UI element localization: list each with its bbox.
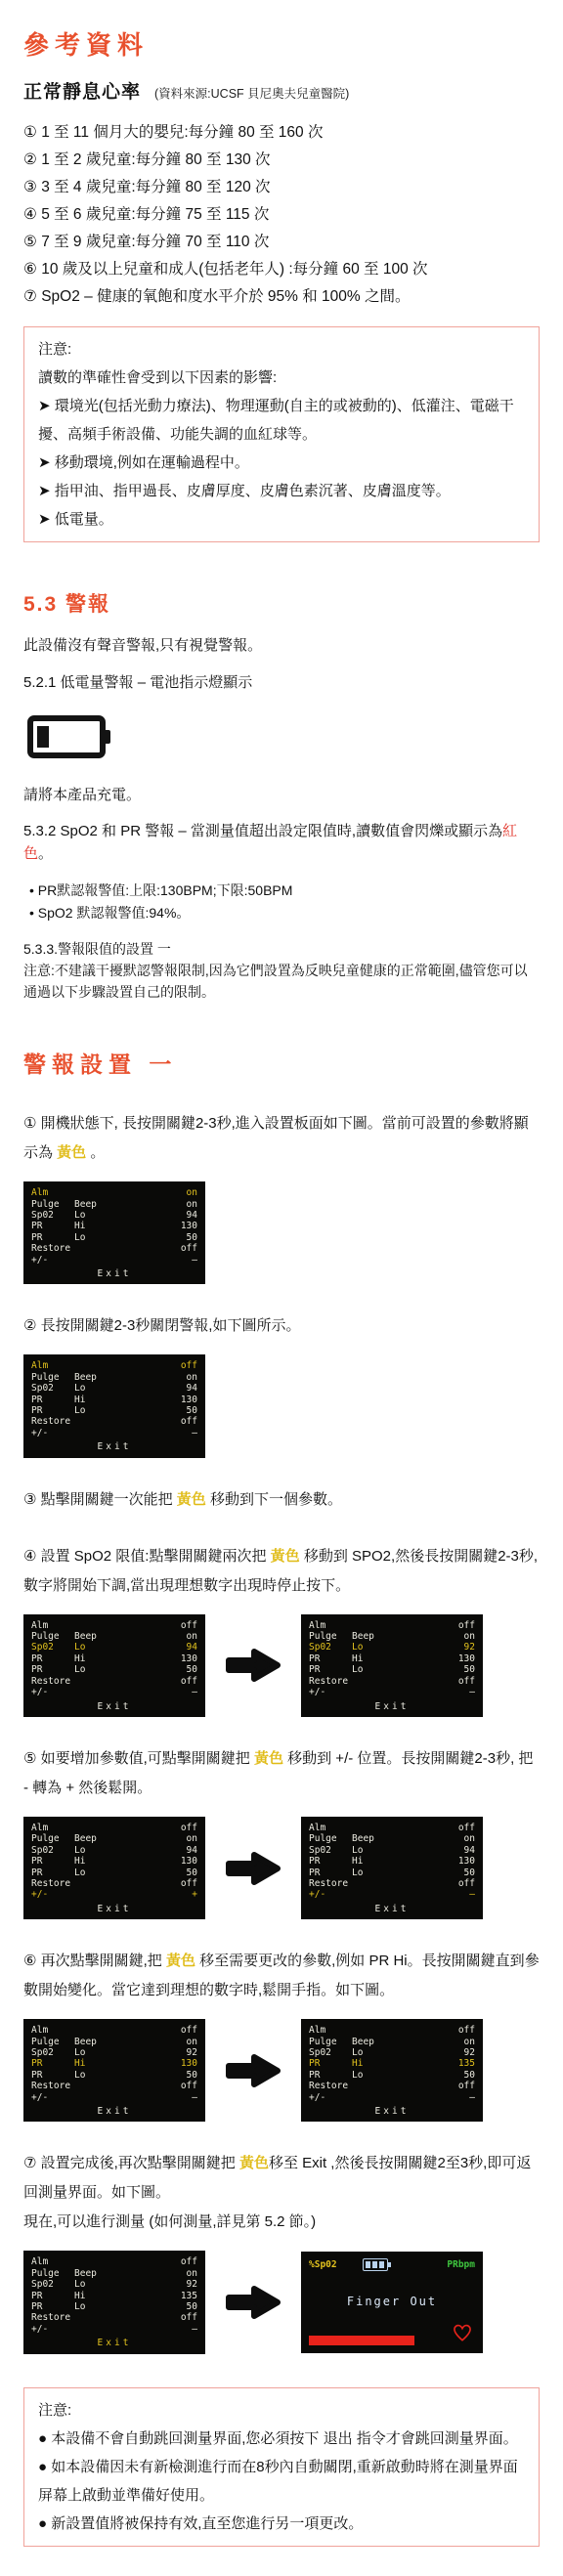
arrow-right-icon	[225, 1847, 281, 1890]
screen-row-value: 92	[187, 2279, 197, 2290]
screen-exit-label: Exit	[31, 1701, 197, 1712]
screen-row: Almoff	[31, 1360, 197, 1371]
battery-charge-cell	[37, 726, 49, 748]
screen-row-value: off	[181, 1360, 197, 1371]
screen-exit-label: Exit	[31, 1441, 197, 1452]
screen-row-value: off	[181, 2256, 197, 2267]
screen-row-sublabel	[74, 1687, 192, 1697]
screen-row-value: off	[181, 2025, 197, 2036]
heart-rate-item: ③ 3 至 4 歲兒童:每分鐘 80 至 120 次	[23, 174, 540, 201]
screen-row: PulgeBeepon	[309, 1833, 475, 1844]
screen-row-value: 130	[181, 1653, 197, 1664]
screen-row-sublabel	[352, 2092, 469, 2103]
step-text-segment: ⑤ 如要增加參數值,可點擊開關鍵把	[23, 1750, 254, 1767]
screen-row-label: Sp02	[31, 2047, 74, 2058]
screen-row-label: PR	[31, 1653, 74, 1664]
screen-row-value: on	[187, 2268, 197, 2279]
p3-pre: 5.3.2 SpO2 和 PR 警報 – 當測量值超出設定限值時,讀數值會閃爍或…	[23, 823, 502, 839]
screen-row-value: —	[469, 1889, 475, 1900]
screen-row-sublabel	[74, 1416, 181, 1427]
screen-row: Restoreoff	[31, 1416, 197, 1427]
screen-row-label: PR	[31, 1221, 74, 1231]
step-text-segment: 黃色	[166, 1953, 195, 1969]
arrow-right-icon	[225, 2281, 281, 2324]
screen-row: PRHi130	[31, 1221, 197, 1231]
page-title: 參考資料	[23, 25, 540, 64]
screen-row: Restoreoff	[31, 1878, 197, 1889]
screen-row-value: off	[181, 1243, 197, 1254]
screen-row-sublabel	[74, 2092, 192, 2103]
note-item: ➤ 環境光(包括光動力療法)、物理運動(自主的或被動的)、低灌注、電磁干擾、高頻…	[38, 392, 525, 449]
screen-row-sublabel: Lo	[352, 1664, 464, 1675]
screen-row: PRLo50	[31, 2301, 197, 2312]
screen-row-label: +/-	[31, 1889, 74, 1900]
screen-row-value: —	[469, 1687, 475, 1697]
screen-row: PRLo50	[31, 1664, 197, 1675]
screen-row-label: Alm	[31, 1187, 74, 1198]
screen-row: Almoff	[31, 1620, 197, 1631]
screen-row-sublabel: Lo	[74, 2301, 187, 2312]
screen-row-value: off	[181, 1416, 197, 1427]
screen-row-value: 130	[458, 1653, 475, 1664]
screen-row-sublabel: Beep	[352, 1833, 464, 1844]
battery-low-icon	[27, 715, 106, 758]
screen-row-sublabel: Beep	[352, 1631, 464, 1642]
screen-row-label: PR	[31, 2058, 74, 2069]
screen-row-label: PR	[309, 1868, 352, 1878]
screen-row-sublabel: Hi	[352, 1653, 458, 1664]
section-5-3-heading: 5.3 警報	[23, 589, 540, 622]
screen-row: +/-—	[309, 1889, 475, 1900]
screen-exit-label: Exit	[309, 2106, 475, 2117]
screen-exit-label: Exit	[31, 1268, 197, 1279]
screen-row-sublabel: Lo	[352, 2047, 464, 2058]
screen-row-sublabel	[352, 1889, 469, 1900]
screen-row-label: Restore	[31, 2081, 74, 2091]
note-items: ➤ 環境光(包括光動力療法)、物理運動(自主的或被動的)、低灌注、電磁干擾、高頻…	[38, 392, 525, 534]
measurement-screen-header: %Sp02 PRbpm	[309, 2258, 475, 2271]
step-text-segment: 黃色	[239, 2155, 269, 2171]
screen-row: PRHi130	[31, 1856, 197, 1867]
screen-row-label: Pulge	[309, 1631, 352, 1642]
screen-row-label: Restore	[31, 1878, 74, 1889]
screen-row: PRHi130	[309, 1856, 475, 1867]
note2-title: 注意:	[38, 2396, 525, 2425]
alarm-setup-heading: 警報設置 一	[23, 1048, 540, 1083]
screen-row-sublabel	[74, 2324, 192, 2335]
screen-row: Restoreoff	[31, 1676, 197, 1687]
screen-row: Sp02Lo92	[309, 2047, 475, 2058]
screen-row-label: +/-	[309, 1889, 352, 1900]
screen-row-value: 92	[464, 1642, 475, 1653]
step-text-segment: 黃色	[177, 1491, 206, 1508]
screen-row: PulgeBeepon	[31, 2268, 197, 2279]
screen-row: PRLo50	[31, 2070, 197, 2081]
screen-row-label: +/-	[309, 2092, 352, 2103]
screen-row-sublabel: Lo	[352, 1642, 464, 1653]
section-5-3-p1: 此設備沒有聲音警報,只有視覺警報。	[23, 634, 540, 657]
default-alarm-item: • SpO2 默認報警值:94%。	[29, 902, 540, 924]
step-3-text: ③ 點擊開關鍵一次能把 黃色 移動到下一個參數。	[23, 1485, 540, 1515]
device-screen-step6-before: AlmoffPulgeBeeponSp02Lo92PRHi130PRLo50Re…	[23, 2019, 205, 2122]
screen-row-sublabel: Lo	[74, 1868, 187, 1878]
screen-row-value: off	[181, 1823, 197, 1833]
screen-row-label: PR	[31, 1856, 74, 1867]
screen-row-value: 92	[187, 2047, 197, 2058]
screen-row-label: Sp02	[309, 1845, 352, 1856]
screen-row-sublabel	[74, 2025, 181, 2036]
screen-row-sublabel	[74, 1620, 181, 1631]
default-alarm-item: • PR默認報警值:上限:130BPM;下限:50BPM	[29, 880, 540, 902]
step-text-segment: ④ 設置 SpO2 限值:點擊開關鍵兩次把	[23, 1548, 271, 1565]
screen-row-sublabel: Lo	[74, 2279, 187, 2290]
heart-rate-item: ⑦ SpO2 – 健康的氧飽和度水平介於 95% 和 100% 之間。	[23, 283, 540, 311]
note2-item: ● 本設備不會自動跳回測量界面,您必須按下 退出 指令才會跳回測量界面。	[38, 2425, 525, 2453]
screen-row-sublabel: Lo	[74, 1642, 187, 1653]
screen-row-label: Pulge	[31, 2268, 74, 2279]
screen-row-label: Restore	[31, 1416, 74, 1427]
screen-row: +/-—	[31, 1687, 197, 1697]
screen-row-sublabel: Lo	[74, 2070, 187, 2081]
screen-row-sublabel	[352, 2081, 458, 2091]
screen-row: PulgeBeepon	[31, 1833, 197, 1844]
screen-row-sublabel	[74, 1878, 181, 1889]
screen-exit-label: Exit	[31, 1904, 197, 1914]
screen-pair-step7: AlmoffPulgeBeeponSp02Lo92PRHi135PRLo50Re…	[23, 2251, 483, 2353]
section-5-3-3: 5.3.3.警報限值的設置 一 注意:不建議干擾默認警報限制,因為它們設置為反映…	[23, 938, 540, 1003]
screen-row: +/-—	[309, 1687, 475, 1697]
screen-row: Sp02Lo94	[31, 1383, 197, 1394]
default-alarm-values: • PR默認報警值:上限:130BPM;下限:50BPM• SpO2 默認報警值…	[29, 880, 540, 924]
screen-row-value: off	[181, 1620, 197, 1631]
screen-row-value: —	[192, 1255, 197, 1266]
screen-row-sublabel: Lo	[352, 1868, 464, 1878]
screen-row-sublabel: Hi	[74, 2058, 181, 2069]
screen-row-label: Sp02	[31, 1383, 74, 1394]
screen-row-value: 130	[181, 1395, 197, 1405]
screen-row-sublabel	[74, 2312, 181, 2323]
battery-caption: 請將本產品充電。	[23, 784, 540, 806]
screen-row-sublabel: Lo	[352, 1845, 464, 1856]
step-text-segment: ② 長按開關鍵2-3秒關閉警報,如下圖所示。	[23, 1317, 300, 1334]
step-2-text: ② 長按開關鍵2-3秒關閉警報,如下圖所示。	[23, 1311, 540, 1341]
screen-row: Almoff	[31, 2025, 197, 2036]
step-text-segment: ③ 點擊開關鍵一次能把	[23, 1491, 177, 1508]
screen-row-label: PR	[31, 1868, 74, 1878]
screen-row-sublabel: Beep	[74, 2268, 187, 2279]
screen-row: +/-—	[31, 1255, 197, 1266]
screen-pair-step5: AlmoffPulgeBeeponSp02Lo94PRHi130PRLo50Re…	[23, 1817, 483, 1919]
note-box-accuracy: 注意: 讀數的準確性會受到以下因素的影響: ➤ 環境光(包括光動力療法)、物理運…	[23, 326, 540, 542]
screen-row-value: 135	[181, 2291, 197, 2301]
note2-item: ● 如本設備因未有新檢測進行而在8秒內自動關閉,重新啟動時將在測量界面屏幕上啟動…	[38, 2453, 525, 2510]
screen-row-sublabel: Beep	[74, 2037, 187, 2047]
device-screen-step5-after: AlmoffPulgeBeeponSp02Lo94PRHi130PRLo50Re…	[301, 1817, 483, 1919]
screen-row: PRLo50	[31, 1868, 197, 1878]
screen-row-label: Sp02	[31, 1845, 74, 1856]
battery-level-icon	[363, 2258, 388, 2271]
device-screen-step6-after: AlmoffPulgeBeeponSp02Lo92PRHi135PRLo50Re…	[301, 2019, 483, 2122]
step-5-text: ⑤ 如要增加參數值,可點擊開關鍵把 黃色 移動到 +/- 位置。長按開關鍵2-3…	[23, 1744, 540, 1803]
screen-row: PRHi130	[31, 2058, 197, 2069]
section-5-3-2-line: 5.3.2 SpO2 和 PR 警報 – 當測量值超出設定限值時,讀數值會閃爍或…	[23, 820, 540, 866]
heart-rate-list: ① 1 至 11 個月大的嬰兒:每分鐘 80 至 160 次② 1 至 2 歲兒…	[23, 119, 540, 311]
measurement-screen: %Sp02 PRbpm Finger Out	[301, 2252, 483, 2353]
screen-row: PRLo50	[309, 1868, 475, 1878]
screen-row-label: Restore	[309, 1676, 352, 1687]
screen-row-sublabel	[352, 1878, 458, 1889]
screen-row-value: 130	[181, 1221, 197, 1231]
screen-row-sublabel: Beep	[74, 1833, 187, 1844]
note-title: 注意:	[38, 335, 525, 364]
screen-row-sublabel: Hi	[74, 1653, 181, 1664]
screen-row-label: Alm	[309, 1620, 352, 1631]
screen-row-value: 50	[464, 2070, 475, 2081]
screen-row-label: Pulge	[309, 2037, 352, 2047]
screen-row-value: 94	[187, 1383, 197, 1394]
screen-row-label: Sp02	[31, 1210, 74, 1221]
screen-row: PulgeBeepon	[31, 1631, 197, 1642]
screen-row-sublabel: Hi	[74, 1395, 181, 1405]
screen-row: PRHi130	[31, 1653, 197, 1664]
step-text-segment: 黃色	[254, 1750, 283, 1767]
screen-row-sublabel	[74, 1243, 181, 1254]
screen-row-value: +	[192, 1889, 197, 1900]
screen-row-value: off	[458, 1620, 475, 1631]
screen-row-sublabel: Lo	[74, 1845, 187, 1856]
screen-row-value: off	[458, 2025, 475, 2036]
screen-row-sublabel	[74, 1823, 181, 1833]
screen-row-label: Pulge	[309, 1833, 352, 1844]
screen-row-sublabel	[352, 1823, 458, 1833]
screen-row-sublabel	[74, 1889, 192, 1900]
screen-row-label: Alm	[31, 1360, 74, 1371]
screen-exit-label: Exit	[31, 2338, 197, 2348]
screen-row-value: 50	[187, 2070, 197, 2081]
screen-row-value: —	[469, 2092, 475, 2103]
screen-row: PulgeBeepon	[31, 1372, 197, 1383]
screen-row-value: off	[181, 1676, 197, 1687]
screen-row: PRHi135	[31, 2291, 197, 2301]
screen-row-label: Sp02	[31, 1642, 74, 1653]
screen-row-value: 130	[458, 1856, 475, 1867]
device-screen-step4-after: AlmoffPulgeBeeponSp02Lo92PRHi130PRLo50Re…	[301, 1614, 483, 1717]
step-text-segment: 移動到下一個參數。	[206, 1491, 342, 1508]
screen-row-label: PR	[309, 1653, 352, 1664]
screen-row-sublabel: Hi	[352, 2058, 458, 2069]
screen-row-value: off	[458, 1823, 475, 1833]
device-screen-step5-before: AlmoffPulgeBeeponSp02Lo94PRHi130PRLo50Re…	[23, 1817, 205, 1919]
screen-row-value: 50	[464, 1868, 475, 1878]
note2-items: ● 本設備不會自動跳回測量界面,您必須按下 退出 指令才會跳回測量界面。● 如本…	[38, 2425, 525, 2538]
screen-row-sublabel: Lo	[352, 2070, 464, 2081]
screen-row: Sp02Lo94	[31, 1845, 197, 1856]
screen-row-value: 130	[181, 1856, 197, 1867]
screen-row-sublabel	[352, 1687, 469, 1697]
screen-row-label: Alm	[309, 1823, 352, 1833]
screen-row: PRHi130	[31, 1395, 197, 1405]
screen-row-sublabel: Lo	[74, 1664, 187, 1675]
screen-pair-step6: AlmoffPulgeBeeponSp02Lo92PRHi130PRLo50Re…	[23, 2019, 483, 2122]
screen-row-value: on	[187, 1199, 197, 1210]
screen-row-label: PR	[31, 2291, 74, 2301]
screen-row-sublabel: Lo	[74, 1232, 187, 1243]
screen-row: +/-+	[31, 1889, 197, 1900]
subtitle-row: 正常靜息心率 (資料來源:UCSF 貝尼奧夫兒童醫院)	[23, 78, 540, 107]
screen-row-sublabel: Beep	[74, 1372, 187, 1383]
screen-row: PRHi130	[309, 1653, 475, 1664]
screen-row: PulgeBeepon	[31, 1199, 197, 1210]
screen-row: Restoreoff	[31, 2312, 197, 2323]
screen-row-label: PR	[31, 2301, 74, 2312]
screen-row-label: +/-	[309, 1687, 352, 1697]
screen-row-sublabel: Hi	[74, 1221, 181, 1231]
note-item: ➤ 指甲油、指甲過長、皮膚厚度、皮膚色素沉著、皮膚溫度等。	[38, 477, 525, 505]
screen-row-sublabel	[74, 1428, 192, 1438]
step-text-segment: ⑥ 再次點擊開關鍵,把	[23, 1953, 166, 1969]
screen-row: Restoreoff	[309, 2081, 475, 2091]
p3-post: 。	[38, 845, 53, 862]
step-6-text: ⑥ 再次點擊開關鍵,把 黃色 移至需要更改的參數,例如 PR Hi。長按開關鍵直…	[23, 1947, 540, 2005]
screen-row-value: 94	[187, 1210, 197, 1221]
subtitle-source-note: (資料來源:UCSF 貝尼奧夫兒童醫院)	[154, 85, 349, 104]
device-screen-step7-settings: AlmoffPulgeBeeponSp02Lo92PRHi135PRLo50Re…	[23, 2251, 205, 2353]
screen-row-label: Pulge	[31, 1199, 74, 1210]
screen-exit-label: Exit	[31, 2106, 197, 2117]
screen-row-value: 50	[187, 1664, 197, 1675]
screen-row-label: PR	[31, 1405, 74, 1416]
screen-row-value: 94	[464, 1845, 475, 1856]
screen-row-value: —	[192, 1687, 197, 1697]
screen-row: +/-—	[31, 1428, 197, 1438]
screen-row-value: 50	[187, 1868, 197, 1878]
heart-icon	[452, 2323, 473, 2345]
arrow-right-icon	[225, 1644, 281, 1687]
screen-row-sublabel: Beep	[74, 1199, 187, 1210]
screen-row-value: 50	[187, 2301, 197, 2312]
screen-row: Restoreoff	[31, 1243, 197, 1254]
section-5-3-3-body: 注意:不建議干擾默認警報限制,因為它們設置為反映兒童健康的正常範圍,儘管您可以通…	[23, 960, 540, 1003]
screen-row-value: 94	[187, 1845, 197, 1856]
measurement-screen-footer	[309, 2323, 473, 2345]
screen-row-value: 130	[181, 2058, 197, 2069]
screen-row: Sp02Lo92	[309, 1642, 475, 1653]
screen-row: Restoreoff	[309, 1878, 475, 1889]
screen-row-label: PR	[309, 1856, 352, 1867]
screen-row-label: +/-	[31, 2324, 74, 2335]
screen-row: Sp02Lo92	[31, 2047, 197, 2058]
screen-row-label: Alm	[31, 1823, 74, 1833]
device-screen-step2: AlmoffPulgeBeeponSp02Lo94PRHi130PRLo50Re…	[23, 1354, 205, 1457]
screen-row-sublabel	[74, 2081, 181, 2091]
screen-row-value: —	[192, 2092, 197, 2103]
screen-row-value: 50	[464, 1664, 475, 1675]
note-intro: 讀數的準確性會受到以下因素的影響:	[38, 364, 525, 392]
spo2-label: %Sp02	[309, 2259, 337, 2270]
screen-row-value: on	[187, 1372, 197, 1383]
screen-row-value: off	[458, 2081, 475, 2091]
section-5-2-1-line: 5.2.1 低電量警報 – 電池指示燈顯示	[23, 671, 540, 694]
screen-row-sublabel	[352, 1676, 458, 1687]
screen-row-value: on	[464, 1833, 475, 1844]
screen-row-label: Pulge	[31, 1833, 74, 1844]
screen-row-sublabel	[352, 1620, 458, 1631]
screen-exit-label: Exit	[309, 1904, 475, 1914]
screen-row: Sp02Lo92	[31, 2279, 197, 2290]
screen-row-label: Restore	[31, 1676, 74, 1687]
note-item: ➤ 移動環境,例如在運輸過程中。	[38, 449, 525, 477]
screen-row-value: —	[192, 1428, 197, 1438]
screen-row-label: Alm	[309, 2025, 352, 2036]
screen-row-value: off	[181, 1878, 197, 1889]
screen-row-label: Restore	[309, 2081, 352, 2091]
screen-row: PRLo50	[309, 1664, 475, 1675]
screen-row-label: +/-	[31, 1687, 74, 1697]
screen-row-sublabel	[74, 1255, 192, 1266]
screen-row-sublabel	[352, 2025, 458, 2036]
screen-row-label: Pulge	[31, 2037, 74, 2047]
screen-row-label: PR	[31, 1395, 74, 1405]
screen-row-label: +/-	[31, 1428, 74, 1438]
screen-row-sublabel	[74, 1360, 181, 1371]
section-5-3-3-title: 5.3.3.警報限值的設置 一	[23, 938, 540, 960]
screen-row: Sp02Lo94	[31, 1210, 197, 1221]
screen-row-sublabel	[74, 1187, 187, 1198]
screen-row-sublabel: Lo	[74, 1210, 187, 1221]
step-text-segment: ⑦ 設置完成後,再次點擊開關鍵把	[23, 2155, 239, 2171]
screen-row: Sp02Lo94	[309, 1845, 475, 1856]
screen-row-value: on	[187, 1833, 197, 1844]
screen-row: PulgeBeepon	[309, 1631, 475, 1642]
screen-row: PRLo50	[31, 1232, 197, 1243]
screen-row: Almoff	[309, 1823, 475, 1833]
heart-rate-item: ① 1 至 11 個月大的嬰兒:每分鐘 80 至 160 次	[23, 119, 540, 147]
screen-row-value: 92	[464, 2047, 475, 2058]
screen-row-sublabel	[74, 2256, 181, 2267]
screen-row-label: PR	[309, 1664, 352, 1675]
screen-row-label: PR	[309, 2070, 352, 2081]
screen-row-value: on	[187, 2037, 197, 2047]
step-text-segment: 。	[86, 1144, 105, 1161]
screen-row: Sp02Lo94	[31, 1642, 197, 1653]
screen-row-value: 50	[187, 1232, 197, 1243]
screen-row-value: off	[181, 2312, 197, 2323]
step-7-text: ⑦ 設置完成後,再次點擊開關鍵把 黃色移至 Exit ,然後長按開關鍵2至3秒,…	[23, 2149, 540, 2208]
screen-row-label: Restore	[31, 1243, 74, 1254]
screen-row-label: PR	[31, 1232, 74, 1243]
screen-row: Restoreoff	[309, 1676, 475, 1687]
screen-row-sublabel: Lo	[74, 2047, 187, 2058]
step-4-text: ④ 設置 SpO2 限值:點擊開關鍵兩次把 黃色 移動到 SPO2,然後長按開關…	[23, 1542, 540, 1601]
screen-row: +/-—	[309, 2092, 475, 2103]
screen-row-value: on	[187, 1187, 197, 1198]
screen-row: PulgeBeepon	[31, 2037, 197, 2047]
screen-row: +/-—	[31, 2324, 197, 2335]
screen-row: Almoff	[309, 2025, 475, 2036]
screen-row: PRLo50	[309, 2070, 475, 2081]
subtitle: 正常靜息心率	[23, 78, 141, 107]
screen-row-sublabel	[74, 1676, 181, 1687]
step-7-extra-text: 現在,可以進行測量 (如何測量,詳見第 5.2 節。)	[23, 2208, 540, 2237]
screen-row-sublabel: Beep	[74, 1631, 187, 1642]
battery-terminal	[105, 730, 110, 744]
screen-row-value: 50	[187, 1405, 197, 1416]
screen-row: PulgeBeepon	[309, 2037, 475, 2047]
heart-rate-item: ⑤ 7 至 9 歲兒童:每分鐘 70 至 110 次	[23, 229, 540, 256]
screen-row-label: Alm	[31, 1620, 74, 1631]
signal-bar	[309, 2336, 414, 2345]
screen-row: Almoff	[31, 1823, 197, 1833]
